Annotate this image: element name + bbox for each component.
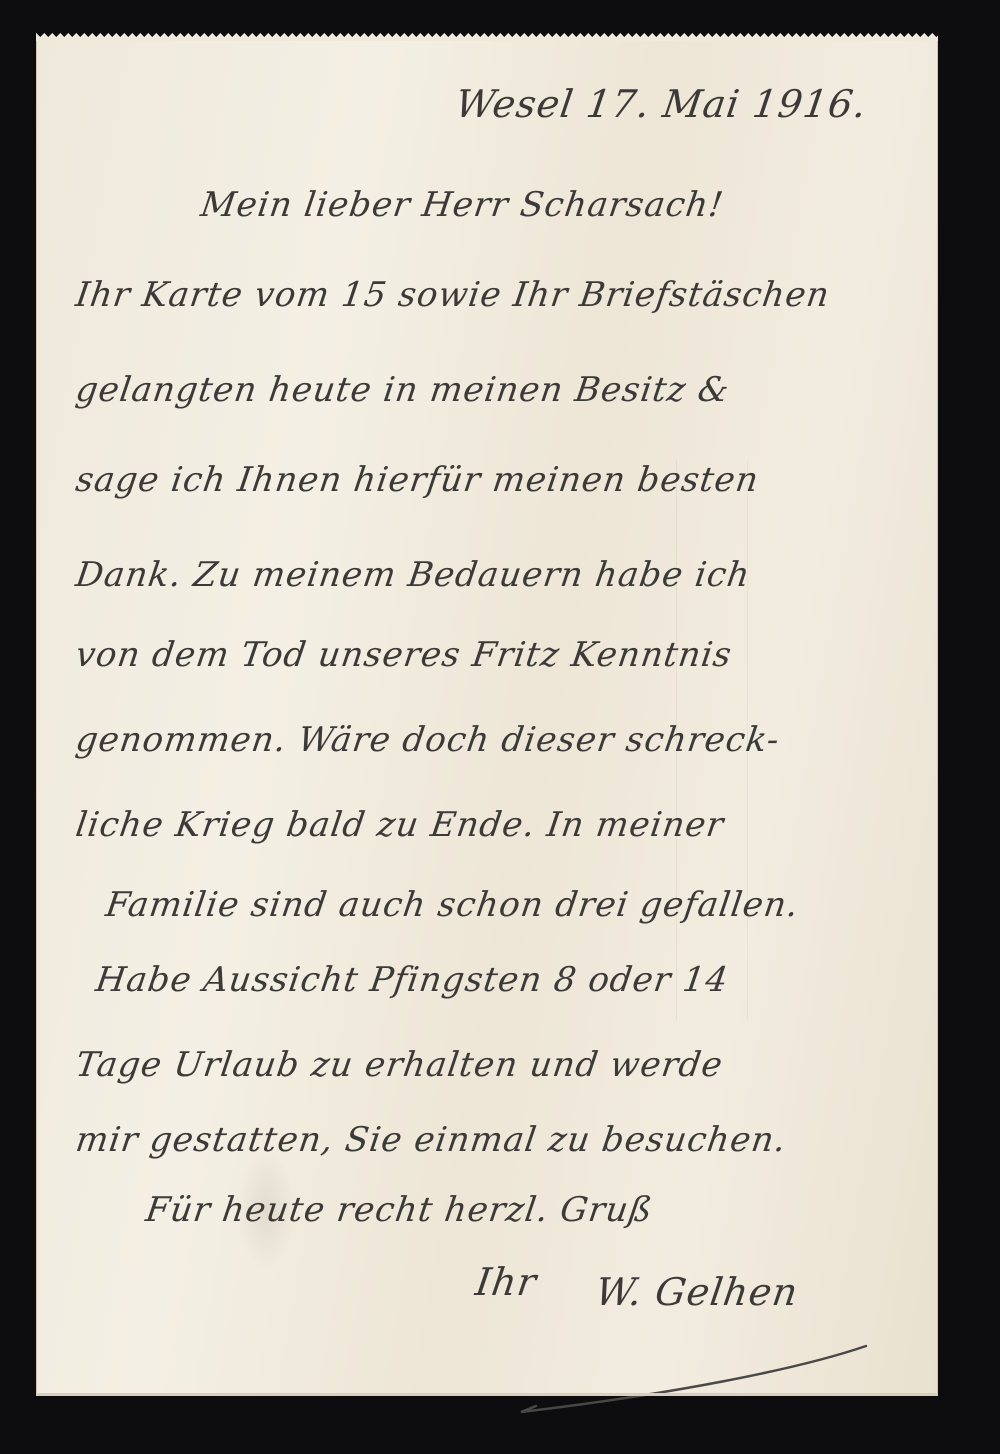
postcard: Wesel 17. Mai 1916. Mein lieber Herr Sch…	[36, 40, 938, 1396]
body-line-7: liche Krieg bald zu Ende. In meiner	[73, 805, 726, 845]
salutation: Mein lieber Herr Scharsach!	[198, 185, 726, 225]
body-line-2: gelangten heute in meinen Besitz &	[73, 370, 732, 410]
body-line-1: Ihr Karte vom 15 sowie Ihr Briefstäschen	[73, 275, 832, 315]
closing: Für heute recht herzl. Gruß	[143, 1190, 655, 1230]
signature-prefix: Ihr	[473, 1260, 540, 1304]
card-bottom-edge	[36, 1393, 938, 1396]
body-line-11: mir gestatten, Sie einmal zu besuchen.	[73, 1120, 789, 1160]
perforated-edge	[36, 33, 938, 41]
body-line-10: Tage Urlaub zu erhalten und werde	[73, 1045, 725, 1085]
signature: W. Gelhen	[593, 1270, 801, 1314]
body-line-6: genommen. Wäre doch dieser schreck-	[73, 720, 782, 760]
body-line-8: Familie sind auch schon drei gefallen.	[103, 885, 801, 925]
place-date: Wesel 17. Mai 1916.	[453, 82, 870, 126]
body-line-9: Habe Aussicht Pfingsten 8 oder 14	[93, 960, 731, 1000]
body-line-3: sage ich Ihnen hierfür meinen besten	[73, 460, 761, 500]
signature-flourish	[516, 1340, 876, 1420]
body-line-5: von dem Tod unseres Fritz Kenntnis	[73, 635, 734, 675]
body-line-4: Dank. Zu meinem Bedauern habe ich	[73, 555, 753, 595]
